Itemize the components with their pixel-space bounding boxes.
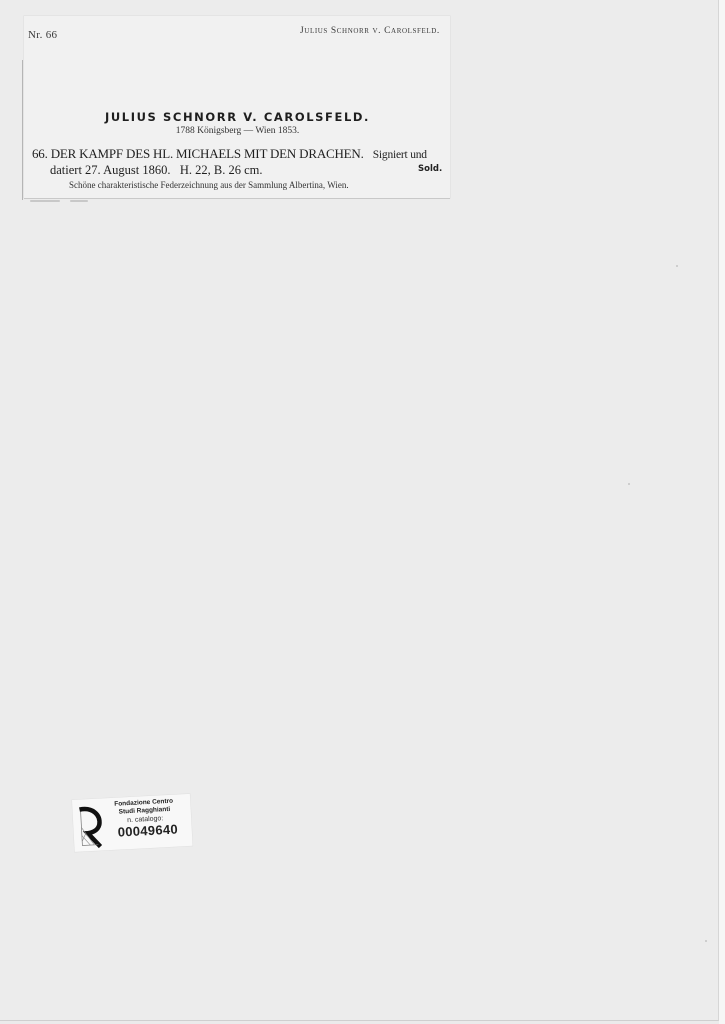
speck xyxy=(676,265,678,267)
smudge-mark xyxy=(70,200,88,202)
archive-stamp: Fondazione Centro Studi Ragghianti n. ca… xyxy=(72,794,193,852)
entry-description: Schöne charakteristische Federzeichnung … xyxy=(69,180,349,190)
page-number-value: 66 xyxy=(46,29,58,41)
entry-details-line: datiert 27. August 1860. H. 22, B. 26 cm… xyxy=(50,163,263,178)
stamp-text: Fondazione Centro Studi Ragghianti n. ca… xyxy=(112,798,178,840)
page-number-prefix: Nr. xyxy=(28,29,43,41)
signature-note: Signiert und xyxy=(373,149,427,161)
speck xyxy=(705,940,707,942)
running-head: Julius Schnorr v. Carolsfeld. xyxy=(300,26,440,36)
smudge-mark xyxy=(290,198,410,199)
entry-title-line: 66. DER KAMPF DES HL. MICHAELS MIT DEN D… xyxy=(32,146,427,162)
artist-lifespan: 1788 Königsberg — Wien 1853. xyxy=(0,126,475,136)
sold-status: Sold. xyxy=(418,164,442,174)
entry-title: DER KAMPF DES HL. MICHAELS MIT DEN DRACH… xyxy=(51,146,364,161)
date-note: datiert 27. August 1860. xyxy=(50,163,170,177)
smudge-mark xyxy=(30,200,60,202)
page-edge xyxy=(719,0,725,1024)
ragghianti-r-logo-icon xyxy=(76,804,108,850)
speck xyxy=(628,483,630,485)
catalog-number: 00049640 xyxy=(117,823,178,840)
artist-name: JULIUS SCHNORR V. CAROLSFELD. xyxy=(0,110,475,124)
dimensions: H. 22, B. 26 cm. xyxy=(180,163,263,177)
page-number: Nr. 66 xyxy=(28,29,57,41)
entry-number: 66. xyxy=(32,146,48,161)
